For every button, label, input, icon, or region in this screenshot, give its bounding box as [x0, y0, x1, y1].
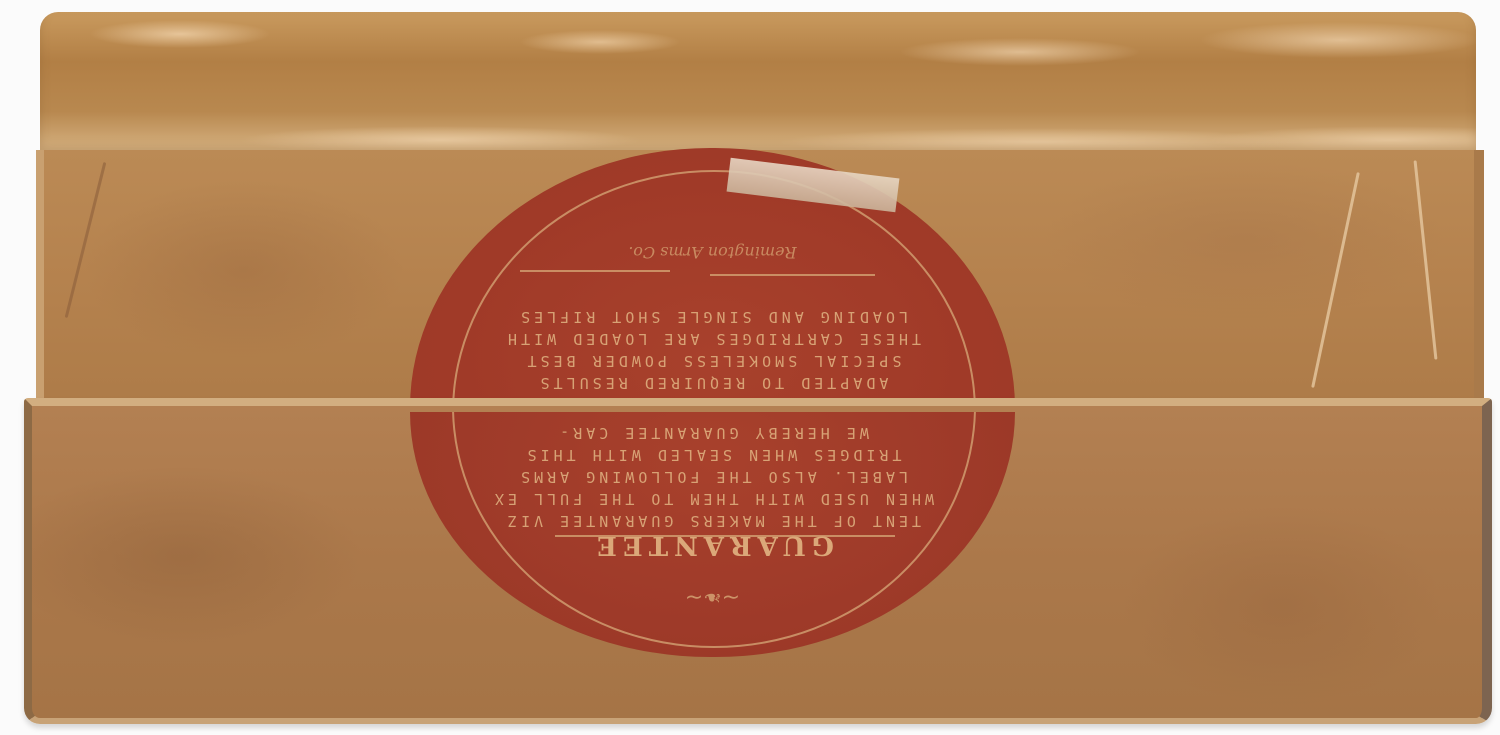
- seal-title: GUARANTEE: [410, 530, 1015, 560]
- seal-signature: Remington Arms Co.: [410, 243, 1015, 262]
- seal-rule: [520, 270, 670, 272]
- seal-line: LABEL. ALSO THE FOLLOWING ARMS: [410, 466, 1015, 488]
- seal-line: TENT OF THE MAKERS GUARANTEE VIZ: [410, 510, 1015, 532]
- box-lid-top: [40, 12, 1476, 154]
- flourish-ornament-icon: ~❧~: [410, 584, 1015, 609]
- photo-scene: Remington Arms Co. BE LOADED SHOULD NOT …: [0, 0, 1500, 735]
- seal-line: THESE CARTRIDGES ARE LOADED WITH: [410, 328, 1015, 350]
- seal-line: TRIDGES WHEN SEALED WITH THIS: [410, 444, 1015, 466]
- seal-line: WHEN USED WITH THEM TO THE FULL EX: [410, 488, 1015, 510]
- seal-line: WE HEREBY GUARANTEE CAR-: [410, 422, 1015, 444]
- seal-line: LOADING AND SINGLE SHOT RIFLES: [410, 306, 1015, 328]
- seal-rule: [710, 274, 875, 276]
- seal-upper-text: BE LOADED SHOULD NOT BE RELOADED. ADAPTE…: [410, 306, 1015, 410]
- seal-lower-text: TENT OF THE MAKERS GUARANTEE VIZ WHEN US…: [410, 422, 1015, 532]
- seal-line: ADAPTED TO REQUIRED RESULTS: [410, 372, 1015, 394]
- seal-line: SPECIAL SMOKELESS POWDER BEST: [410, 350, 1015, 372]
